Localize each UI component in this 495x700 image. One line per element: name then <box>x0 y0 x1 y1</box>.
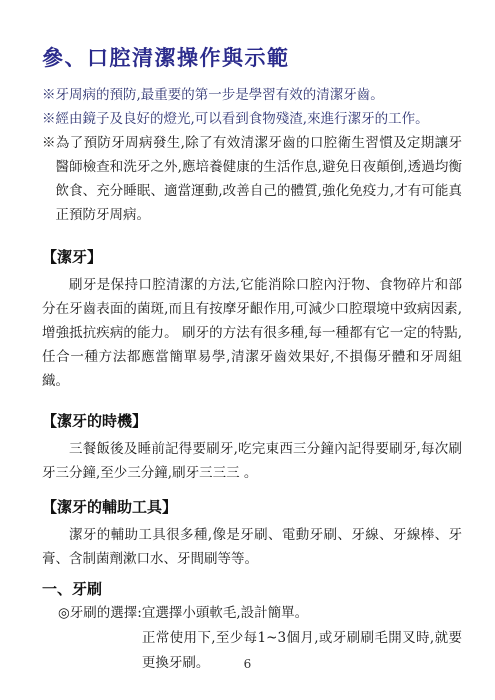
page-number: 6 <box>0 656 495 672</box>
section-heading-tools: 【潔牙的輔助工具】 <box>42 497 462 517</box>
section-paragraph-tools: 潔牙的輔助工具很多種,像是牙刷、電動牙刷、牙線、牙線棒、牙膏、含制菌劑漱口水、牙… <box>42 523 462 571</box>
note-periodontal-prevention: ※牙周病的預防,最重要的第一步是學習有效的清潔牙齒。 <box>42 83 462 107</box>
note-mirror-light: ※經由鏡子及良好的燈光,可以看到食物殘渣,來進行潔牙的工作。 <box>42 107 462 131</box>
page-title: 參、口腔清潔操作與示範 <box>42 45 462 71</box>
section-heading-cleaning: 【潔牙】 <box>42 247 462 267</box>
section-heading-timing: 【潔牙的時機】 <box>42 411 462 431</box>
subsection-heading-toothbrush: 一、牙刷 <box>42 579 462 599</box>
section-paragraph-timing: 三餐飯後及睡前記得要刷牙,吃完東西三分鐘內記得要刷牙,每次刷牙三分鐘,至少三分鐘… <box>42 437 462 485</box>
note-lifestyle-prevention: ※為了預防牙周病發生,除了有效清潔牙齒的口腔衛生習慣及定期讓牙醫師檢查和洗牙之外… <box>42 131 462 227</box>
document-page: 參、口腔清潔操作與示範 ※牙周病的預防,最重要的第一步是學習有效的清潔牙齒。 ※… <box>0 0 495 700</box>
section-paragraph-cleaning: 刷牙是保持口腔清潔的方法,它能消除口腔內汙物、食物碎片和部分在牙齒表面的菌斑,而… <box>42 273 462 393</box>
selection-text: 宜選擇小頭軟毛,設計簡單。 <box>142 601 462 626</box>
